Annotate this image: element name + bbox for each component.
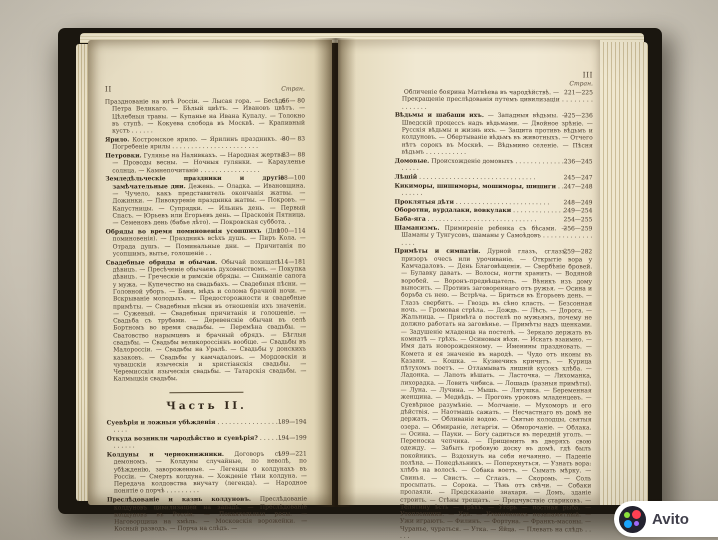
toc-entry-pages: 259—282: [567, 249, 592, 256]
toc-entry: 66— 80Празднованіе на югѣ Россіи. — Лыса…: [105, 97, 305, 135]
right-toc: 221—225Обличеніе боярина Матвѣева въ чар…: [393, 89, 593, 540]
toc-entry: 256—259Шаманизмъ. Примиреніе ребенка съ …: [394, 225, 592, 248]
avito-brand-label: Avito: [652, 511, 689, 528]
toc-entry-pages: 88—100: [284, 175, 305, 182]
toc-entry: 247—248Кикиморы, шишиморы, мошиморы, шиш…: [394, 182, 592, 197]
toc-entry-heading: Проклятыя дѣти: [394, 198, 454, 205]
toc-entry-text: Гулянье на Наливкахъ. — Народная жертва.…: [112, 152, 305, 175]
toc-entry: 249—254Оборотни, вурдалаки, вовкулаки . …: [394, 207, 592, 215]
toc-entry-pages: 236—245: [568, 158, 593, 165]
part-divider-rule: [169, 392, 243, 393]
toc-entry-heading: Лѣшій: [395, 173, 418, 180]
toc-entry-text: . . . . . . . . . . . . . . . . . . . . …: [454, 198, 549, 205]
toc-entry-text: — Западныя вѣдьмы. — Шведскій процессъ н…: [402, 112, 593, 155]
toc-entry-heading: Баба-яга: [394, 216, 425, 223]
right-column-header: Стран.: [569, 80, 593, 87]
toc-entry: 225—236Вѣдьмы и шабаши ихъ. — Западныя в…: [395, 112, 593, 157]
toc-entry-heading: Оборотни, вурдалаки, вовкулаки: [394, 207, 511, 215]
left-toc-part1: 66— 80Празднованіе на югѣ Россіи. — Лыса…: [105, 97, 306, 383]
page-stack-right-edge: [600, 42, 648, 505]
toc-entry-pages: 194—199: [282, 434, 307, 441]
toc-entry-text: Дурной глазъ, сглазъ, призоръ очесъ или …: [400, 248, 592, 539]
toc-entry: 248—249Проклятыя дѣти . . . . . . . . . …: [394, 198, 592, 206]
toc-entry-pages: 248—249: [568, 199, 593, 206]
toc-entry-heading: Примѣты и симпатіи.: [394, 248, 480, 255]
toc-entry-pages: 80— 83: [286, 135, 305, 142]
left-toc-part2: 189—194Суевѣрія и ложныя убѣжденія . . .…: [107, 418, 308, 533]
toc-entry-pages: 100—114: [281, 228, 306, 235]
toc-entry-pages: 83— 88: [286, 152, 305, 159]
toc-entry-text: Костромское ярило. — Ярилинъ праздникъ. …: [112, 136, 286, 151]
toc-entry: 83— 88Петровки. Гулянье на Наливкахъ. — …: [105, 152, 305, 175]
toc-entry: 100—114Обряды во время поминовенія усопш…: [106, 228, 306, 258]
toc-entry-pages: 245—247: [568, 174, 593, 181]
page-stack-left-edge: [76, 44, 88, 501]
toc-entry: 221—225Обличеніе боярина Матвѣева въ чар…: [395, 89, 593, 112]
toc-entry-text: . . . . . . . . . . . . . .: [511, 208, 564, 215]
toc-entry-text: Празднованіе на югѣ Россіи. — Лысая гора…: [105, 98, 305, 135]
book-gutter-shadow: [314, 38, 356, 507]
toc-entry: 194—199Откуда возникли чародѣйство и суе…: [107, 434, 307, 450]
right-page-header: III Стран.: [395, 70, 593, 88]
toc-entry-text: Обычай похищать дѣвицъ. — Пресѣченіе обы…: [113, 258, 307, 383]
toc-entry-pages: 225—236: [568, 113, 593, 120]
toc-entry-heading: Ярило.: [105, 136, 129, 143]
toc-entry-pages: 256—259: [567, 225, 592, 232]
avito-logo-icon: [619, 506, 646, 533]
toc-entry-pages: 247—248: [568, 183, 593, 190]
toc-entry-text: . . . . . . . . . . . . . . . . . . . . …: [426, 216, 537, 223]
toc-entry-pages: 189—194: [282, 418, 307, 425]
toc-entry: 236—245Домовые. Происхожденіе домовыхъ .…: [395, 157, 593, 172]
part-heading: Часть II.: [106, 399, 306, 412]
toc-entry: 80— 83Ярило. Костромское ярило. — Ярилин…: [105, 135, 305, 151]
toc-entry-text: . . . . . . . . . . . . . . . . . . . . …: [417, 173, 535, 181]
toc-entry: 254—255Баба-яга . . . . . . . . . . . . …: [394, 216, 592, 224]
right-page: III Стран. 221—225Обличеніе боярина Матв…: [338, 40, 600, 505]
toc-entry: 189—194Суевѣрія и ложныя убѣжденія . . .…: [107, 418, 307, 434]
toc-entry-pages: 114—181: [281, 258, 306, 265]
toc-entry-pages: 249—254: [567, 208, 592, 215]
toc-entry: 259—282Примѣты и симпатіи. Дурной глазъ,…: [393, 248, 592, 540]
avito-watermark: Avito: [614, 501, 718, 537]
book: II Стран. 66— 80Празднованіе на югѣ Росс…: [58, 28, 662, 514]
right-page-number: III: [583, 70, 593, 79]
toc-entry: 114—181Свадебные обряды и обычаи. Обычай…: [106, 258, 307, 383]
toc-entry-heading: Суевѣрія и ложныя убѣжденія: [107, 419, 216, 427]
toc-entry-heading: Петровки.: [105, 152, 141, 159]
toc-entry: 199—221Колдуны и чернокнижники. Договоръ…: [107, 450, 307, 495]
book-photo: II Стран. 66— 80Празднованіе на югѣ Росс…: [0, 0, 718, 540]
toc-entry: 88—100Земледѣльческіе праздники и другіе…: [105, 175, 305, 227]
left-page: II Стран. 66— 80Празднованіе на югѣ Росс…: [88, 40, 332, 505]
toc-entry-pages: 66— 80: [286, 97, 305, 104]
toc-entry-heading: Домовые.: [395, 157, 430, 164]
toc-entry-pages: 199—221: [282, 450, 307, 457]
toc-entry-pages: 254—255: [567, 217, 592, 224]
toc-entry-heading: Вѣдьмы и шабаши ихъ.: [395, 112, 484, 119]
left-page-header: II Стран.: [105, 83, 305, 93]
toc-entry: 245—247Лѣшій . . . . . . . . . . . . . .…: [395, 173, 593, 181]
toc-entry-heading: Шаманизмъ.: [394, 225, 439, 232]
left-column-header: Стран.: [281, 85, 305, 92]
left-page-number: II: [105, 84, 112, 93]
toc-entry: Преслѣдованіе и казнь колдуновъ. Преслѣд…: [107, 496, 307, 534]
toc-entry-heading: Откуда возникли чародѣйство и суевѣрія?: [107, 435, 258, 443]
